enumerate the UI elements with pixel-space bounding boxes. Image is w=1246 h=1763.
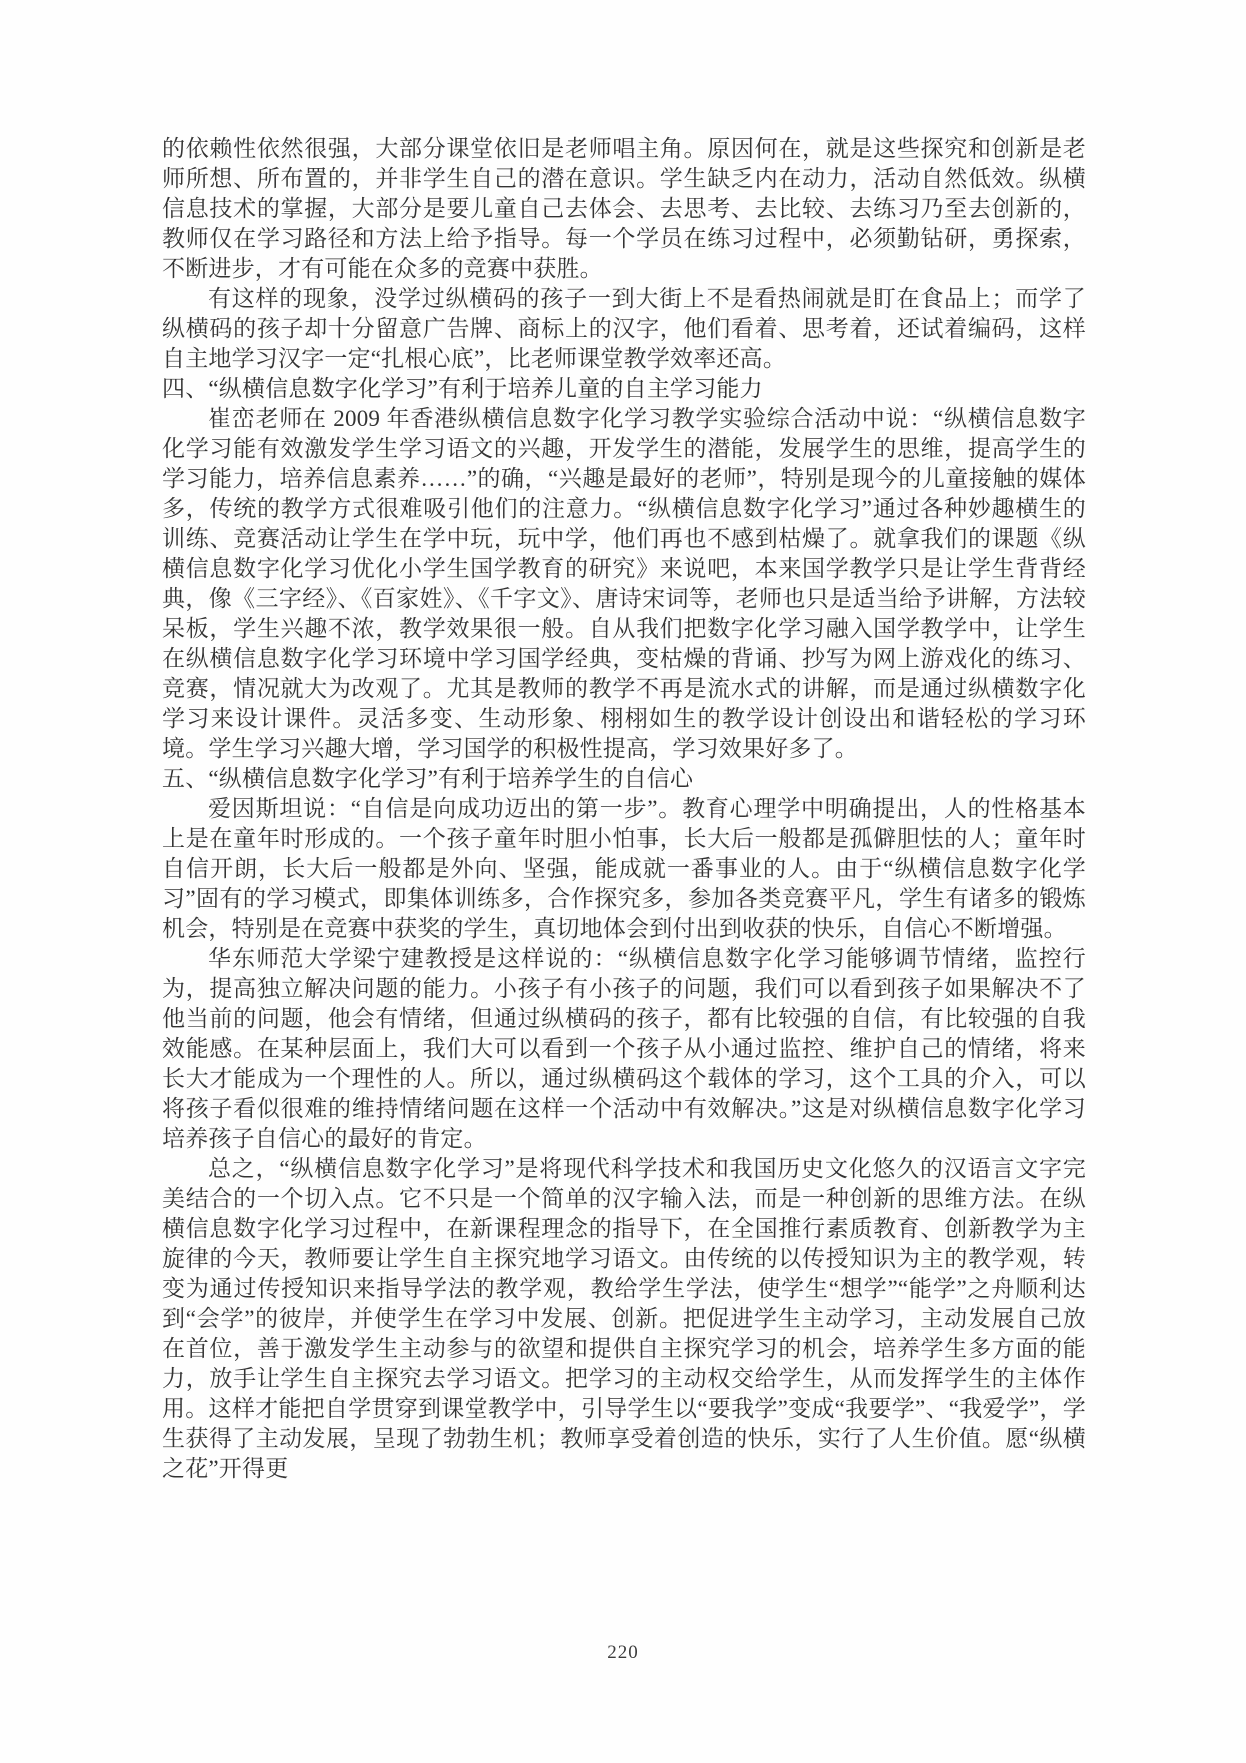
paragraph: 爱因斯坦说：“自信是向成功迈出的第一步”。教育心理学中明确提出，人的性格基本上是… xyxy=(162,794,1086,944)
paragraph: 总之，“纵横信息数字化学习”是将现代科学技术和我国历史文化悠久的汉语言文字完美结… xyxy=(162,1154,1086,1484)
paragraph: 华东师范大学梁宁建教授是这样说的：“纵横信息数字化学习能够调节情绪，监控行为，提… xyxy=(162,944,1086,1154)
document-page: 的依赖性依然很强，大部分课堂依旧是老师唱主角。原因何在，就是这些探究和创新是老师… xyxy=(0,0,1246,1763)
paragraph: 有这样的现象，没学过纵横码的孩子一到大街上不是看热闹就是盯在食品上；而学了纵横码… xyxy=(162,284,1086,374)
body-text: 的依赖性依然很强，大部分课堂依旧是老师唱主角。原因何在，就是这些探究和创新是老师… xyxy=(162,134,1086,1484)
section-heading-five: 五、“纵横信息数字化学习”有利于培养学生的自信心 xyxy=(162,764,1086,794)
section-heading-four: 四、“纵横信息数字化学习”有利于培养儿童的自主学习能力 xyxy=(162,374,1086,404)
paragraph: 崔峦老师在 2009 年香港纵横信息数字化学习教学实验综合活动中说：“纵横信息数… xyxy=(162,404,1086,764)
page-number: 220 xyxy=(0,1642,1246,1664)
paragraph-continued: 的依赖性依然很强，大部分课堂依旧是老师唱主角。原因何在，就是这些探究和创新是老师… xyxy=(162,134,1086,284)
